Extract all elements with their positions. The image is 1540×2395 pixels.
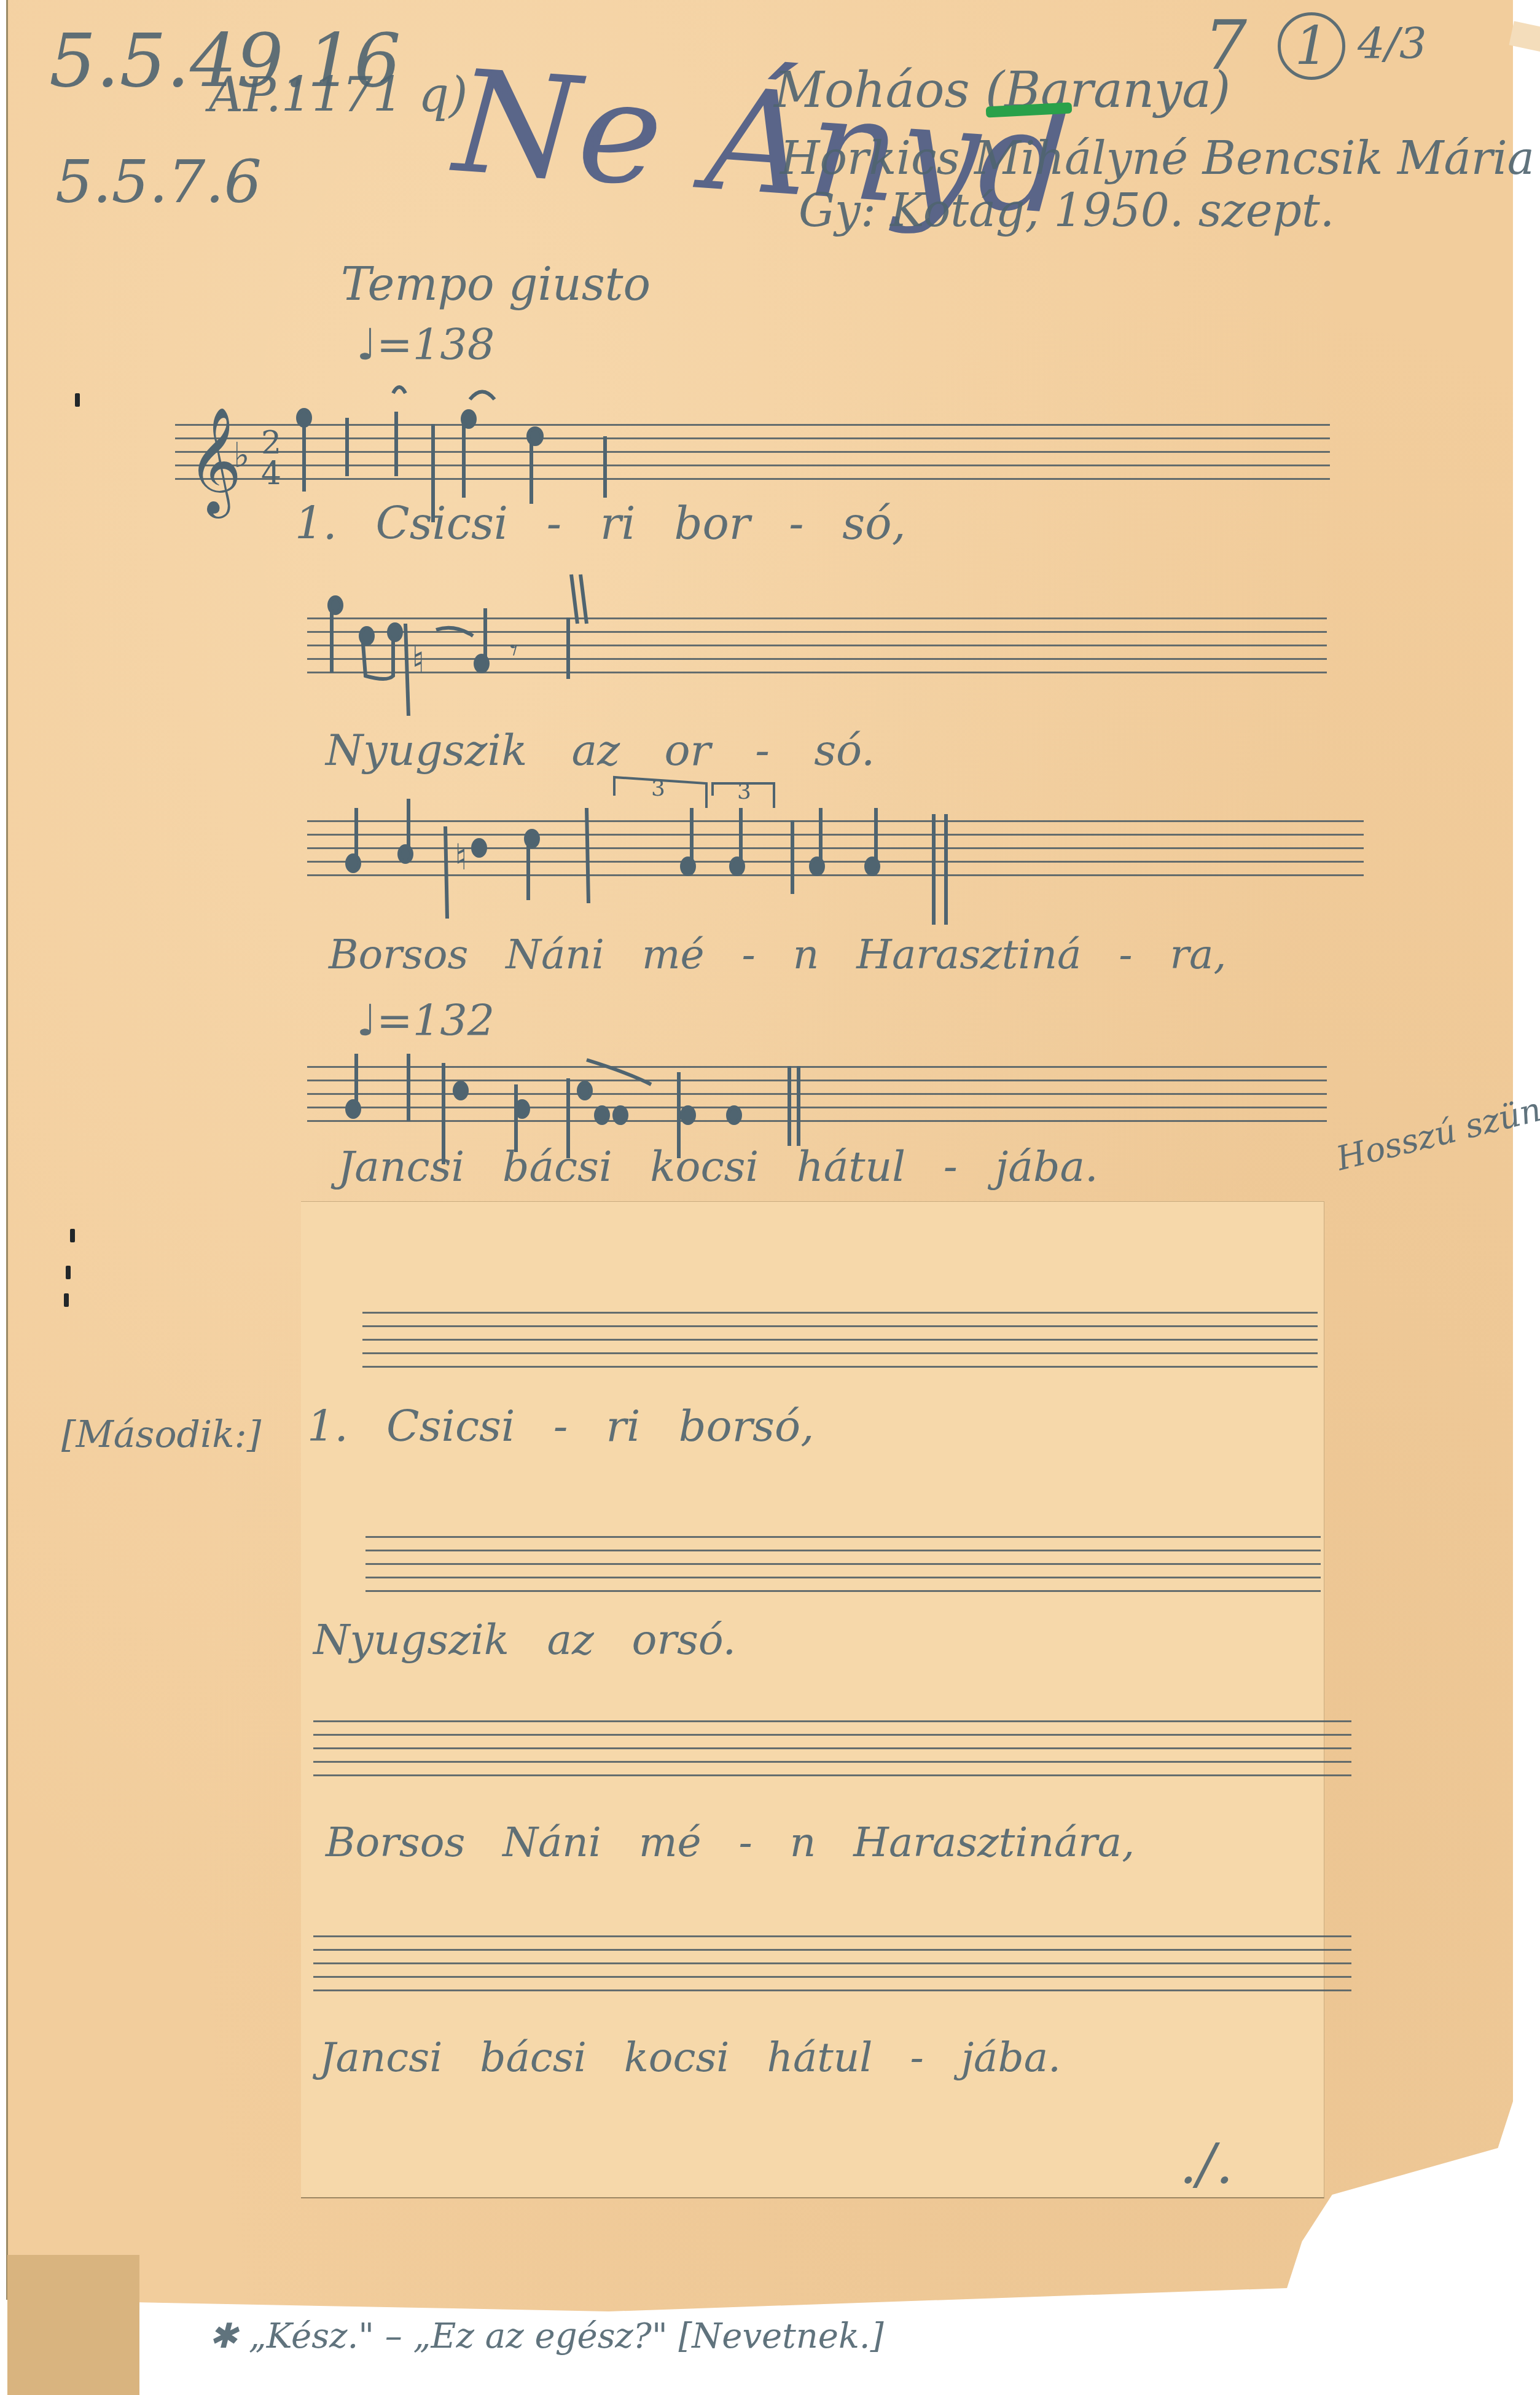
notation-staff-2: ♮ 𝄾 — [307, 568, 1327, 728]
lyric-line-1: 1. Csicsi - ri bor - só, — [295, 498, 906, 549]
natural-icon: ♮ — [455, 836, 467, 878]
metronome-138: ♩=138 — [356, 319, 494, 370]
binding-hole — [75, 393, 80, 407]
slip-lyric-line-2: Nyugszik az orsó. — [313, 1616, 736, 1664]
slip-staff-4 — [313, 1935, 1351, 1999]
collector-date: Gy: Kotág, 1950. szept. — [799, 184, 1334, 237]
folded-paper-corner — [1509, 21, 1540, 53]
shelfmark-alt: 5.5.7.6 — [55, 147, 262, 216]
page-circled-number: 1 — [1278, 12, 1345, 80]
lyric-line-2: Nyugszik az or - só. — [326, 725, 875, 775]
staff-line-1: 𝄞 ♭ 2 4 — [175, 424, 1330, 488]
binding-hole — [66, 1266, 71, 1279]
slip-lyric-line-4: Jancsi bácsi kocsi hátul - jába. — [319, 2034, 1061, 2081]
slip-staff-3 — [313, 1720, 1351, 1784]
svg-text:3: 3 — [737, 779, 751, 804]
notation-staff-3: ♮ 3 3 — [307, 771, 1364, 931]
flat-icon: ♭ — [233, 436, 249, 476]
rest-icon: 𝄾 — [510, 632, 518, 668]
slip-lyric-line-3: Borsos Náni mé - n Harasztinára, — [326, 1819, 1135, 1866]
svg-text:4: 4 — [261, 455, 281, 492]
staff-line-2: ♮ 𝄾 — [307, 617, 1327, 681]
left-bracket-label: [Második:] — [61, 1413, 261, 1456]
staff-line-4 — [307, 1066, 1327, 1130]
svg-text:3: 3 — [651, 776, 665, 801]
binding-hole — [64, 1293, 69, 1307]
slip-staff-2 — [365, 1536, 1321, 1600]
binding-hole — [70, 1229, 75, 1242]
slip-staff-1 — [362, 1312, 1318, 1376]
tape-strip — [7, 2255, 139, 2395]
footnote: ✱ „Kész." – „Ez az egész?" [Nevetnek.] — [209, 2316, 884, 2356]
shelfmark-ap: AP.1171 q) — [209, 68, 467, 123]
slip-lyric-line-1: 1. Csicsi - ri borsó, — [307, 1401, 814, 1451]
singer-name: Horkics Mihályné Bencsik Mária (66) — [780, 132, 1540, 185]
tempo-marking: Tempo giusto — [341, 258, 651, 311]
fraction-note: 4/3 — [1358, 18, 1427, 69]
staff-line-3: ♮ 3 3 — [307, 820, 1364, 884]
continuation-mark: ./. — [1179, 2132, 1233, 2197]
lyric-line-4: Jancsi bácsi kocsi hátul - jába. — [338, 1143, 1098, 1191]
lyric-line-3: Borsos Náni mé - n Harasztiná - ra, — [329, 931, 1226, 978]
natural-icon: ♮ — [412, 639, 424, 682]
page-circled-digit: 1 — [1295, 15, 1329, 77]
